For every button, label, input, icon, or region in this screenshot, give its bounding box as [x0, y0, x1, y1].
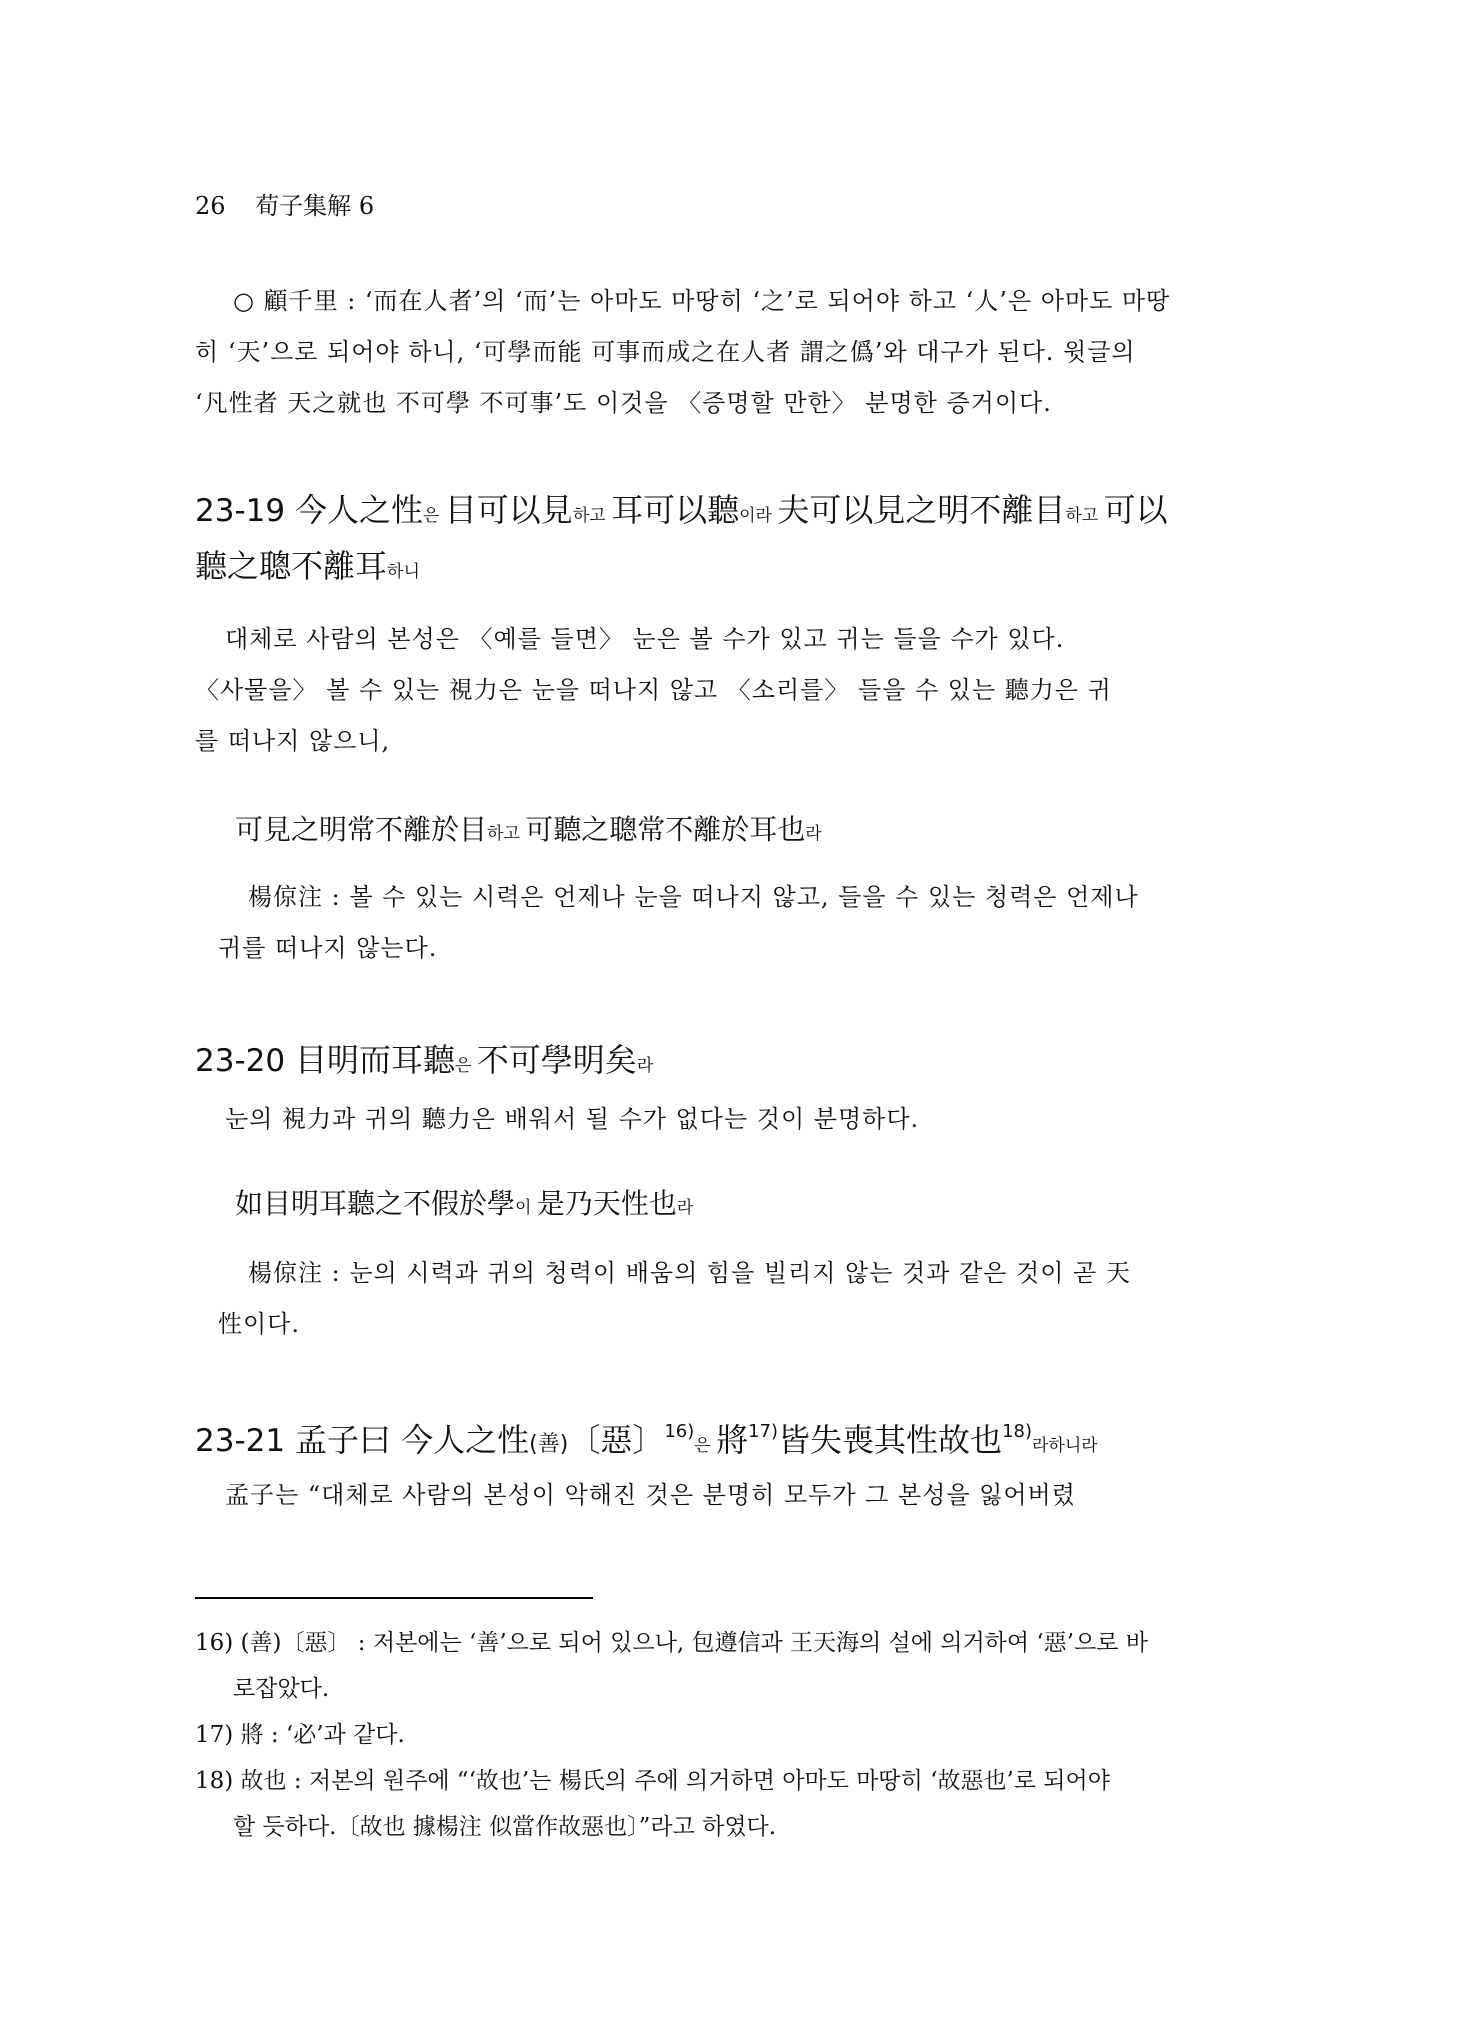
particle: 이	[515, 1198, 537, 1218]
original-text: 聽之聰不離耳	[195, 547, 387, 585]
translation-line: 눈의 視力과 귀의 聽力은 배워서 될 수가 없다는 것이 분명하다.	[195, 1094, 1295, 1145]
emended-character: 〔惡〕	[568, 1421, 664, 1459]
original-text: 孟子曰 今人之性	[295, 1421, 529, 1459]
particle: 라	[637, 1056, 653, 1076]
footnote-18: 18) 故也 : 저본의 원주에 “‘故也’는 楊氏의 주에 의거하면 아마도 …	[195, 1758, 1295, 1850]
page-number: 26	[195, 192, 226, 220]
commentary-line: ‘凡性者 天之就也 不可學 不可事’도 이것을 〈증명할 만한〉 분명한 증거이…	[195, 378, 1295, 429]
particle: 라	[805, 824, 821, 844]
note-line: 楊倞注 : 볼 수 있는 시력은 언제나 눈을 떠나지 않고, 들을 수 있는 …	[218, 872, 1298, 923]
footnote-17: 17) 將 : ‘必’과 같다.	[195, 1712, 1295, 1758]
original-text: 如目明耳聽之不假於學	[235, 1187, 515, 1220]
document-page: 26 荀子集解 6 ○ 顧千里 : ‘而在人者’의 ‘而’는 아마도 마땅히 ‘…	[0, 0, 1480, 2024]
original-text: 將	[716, 1421, 748, 1459]
original-text: 可以	[1104, 491, 1168, 529]
translation-line: 를 떠나지 않으니,	[195, 716, 1295, 767]
section-number: 23-20	[195, 1043, 285, 1079]
translation-23-21: 孟子는 “대체로 사람의 본성이 악해진 것은 분명히 모두가 그 본성을 잃어…	[195, 1470, 1295, 1521]
particle: 이라	[739, 506, 777, 526]
section-heading-23-21: 23-21 孟子曰 今人之性(善)〔惡〕16)은 將17)皆失喪其性故也18)라…	[195, 1404, 1098, 1460]
footnote-ref-17[interactable]: 17)	[748, 1421, 778, 1442]
particle: 은	[455, 1056, 477, 1076]
translation-line: 〈사물을〉 볼 수 있는 視力은 눈을 떠나지 않고 〈소리를〉 들을 수 있는…	[195, 665, 1295, 716]
translation-line: 대체로 사람의 본성은 〈예를 들면〉 눈은 볼 수가 있고 귀는 들을 수가 …	[195, 614, 1295, 665]
yang-liang-note-23-19: 楊倞注 : 볼 수 있는 시력은 언제나 눈을 떠나지 않고, 들을 수 있는 …	[218, 872, 1298, 974]
original-text: 目可以見	[445, 491, 573, 529]
original-text: 耳可以聽	[611, 491, 739, 529]
footnote-line: 16) (善)〔惡〕 : 저본에는 ‘善’으로 되어 있으나, 包遵信과 王天海…	[195, 1620, 1295, 1666]
note-line: 귀를 떠나지 않는다.	[218, 923, 1298, 974]
footnote-divider	[195, 1597, 593, 1599]
particle: 라	[677, 1198, 693, 1218]
section-heading-23-19: 23-19 今人之性은 目可以見하고 耳可以聽이라 夫可以見之明不離目하고 可以…	[195, 482, 1168, 594]
book-title: 荀子集解 6	[255, 192, 374, 220]
footnote-line: 할 듯하다.〔故也 據楊注 似當作故惡也〕”라고 하였다.	[195, 1804, 1295, 1850]
translation-line: 孟子는 “대체로 사람의 본성이 악해진 것은 분명히 모두가 그 본성을 잃어…	[195, 1470, 1295, 1521]
original-text: 皆失喪其性故也	[778, 1421, 1002, 1459]
footnote-ref-18[interactable]: 18)	[1002, 1421, 1032, 1442]
original-text: 今人之性	[295, 491, 423, 529]
commentary-line: ○ 顧千里 : ‘而在人者’의 ‘而’는 아마도 마땅히 ‘之’로 되어야 하고…	[195, 276, 1295, 327]
section-number: 23-19	[195, 493, 285, 529]
original-text: 可見之明常不離於目	[235, 813, 487, 846]
particle: 하고	[573, 506, 611, 526]
particle: 은	[694, 1436, 716, 1456]
particle: 하고	[487, 824, 525, 844]
translation-23-19: 대체로 사람의 본성은 〈예를 들면〉 눈은 볼 수가 있고 귀는 들을 수가 …	[195, 614, 1295, 767]
original-text: 是乃天性也	[537, 1187, 677, 1220]
note-original-23-20: 如目明耳聽之不假於學이 是乃天性也라	[235, 1182, 693, 1222]
particle: 하고	[1065, 506, 1103, 526]
particle: 하니	[387, 562, 420, 582]
commentary-line: 히 ‘天’으로 되어야 하니, ‘可學而能 可事而成之在人者 謂之僞’와 대구가…	[195, 327, 1295, 378]
yang-liang-note-23-20: 楊倞注 : 눈의 시력과 귀의 청력이 배움의 힘을 빌리지 않는 것과 같은 …	[218, 1248, 1298, 1350]
running-header: 26 荀子集解 6	[195, 186, 374, 221]
footnote-line: 17) 將 : ‘必’과 같다.	[195, 1712, 1295, 1758]
section-heading-23-20: 23-20 目明而耳聽은 不可學明矣라	[195, 1032, 653, 1088]
particle: 은	[423, 506, 445, 526]
particle: 라하니라	[1032, 1436, 1098, 1456]
original-text: 不可學明矣	[477, 1041, 637, 1079]
original-text: 夫可以見之明不離目	[777, 491, 1065, 529]
original-text: 目明而耳聽	[295, 1041, 455, 1079]
footnote-line: 18) 故也 : 저본의 원주에 “‘故也’는 楊氏의 주에 의거하면 아마도 …	[195, 1758, 1295, 1804]
footnote-16: 16) (善)〔惡〕 : 저본에는 ‘善’으로 되어 있으나, 包遵信과 王天海…	[195, 1620, 1295, 1712]
original-text: 可聽之聰常不離於耳也	[525, 813, 805, 846]
commentary-gu-qianli: ○ 顧千里 : ‘而在人者’의 ‘而’는 아마도 마땅히 ‘之’로 되어야 하고…	[195, 276, 1295, 429]
footnote-ref-16[interactable]: 16)	[664, 1421, 694, 1442]
section-number: 23-21	[195, 1423, 285, 1459]
footnote-line: 로잡았다.	[195, 1666, 1295, 1712]
note-line: 性이다.	[218, 1299, 1298, 1350]
note-line: 楊倞注 : 눈의 시력과 귀의 청력이 배움의 힘을 빌리지 않는 것과 같은 …	[218, 1248, 1298, 1299]
deleted-character: (善)	[529, 1432, 568, 1457]
translation-23-20: 눈의 視力과 귀의 聽力은 배워서 될 수가 없다는 것이 분명하다.	[195, 1094, 1295, 1145]
note-original-23-19: 可見之明常不離於目하고 可聽之聰常不離於耳也라	[235, 808, 822, 848]
